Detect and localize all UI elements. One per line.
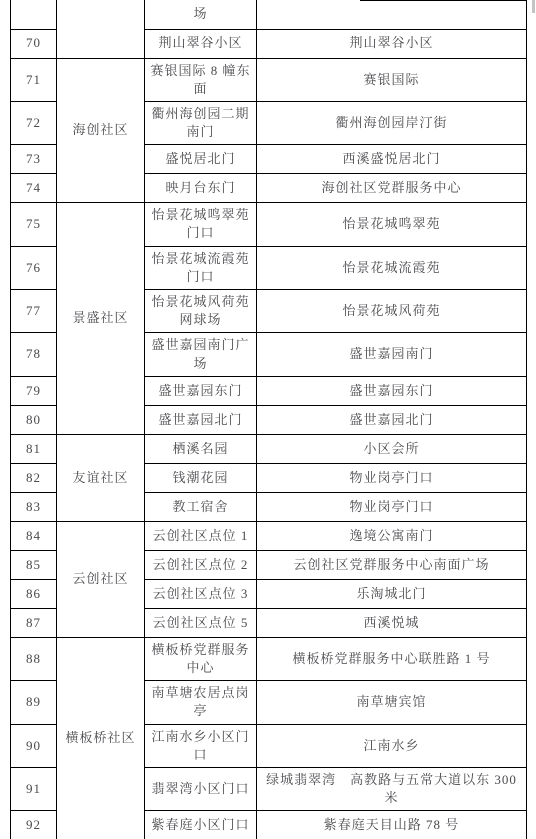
row-number-cell: 87 — [11, 608, 57, 637]
community-cell — [57, 0, 145, 58]
community-cell: 景盛社区 — [57, 203, 145, 435]
location-cell: 江南水乡 — [257, 724, 527, 767]
point-name-cell: 盛世嘉园北门 — [145, 405, 257, 434]
document-page: 场70荆山翠谷小区荆山翠谷小区71海创社区赛银国际 8 幢东面赛银国际72衢州海… — [0, 0, 536, 839]
point-name-cell: 怡景花城鸣翠苑门口 — [145, 203, 257, 246]
community-cell: 友谊社区 — [57, 434, 145, 521]
location-cell: 西溪悦城 — [257, 608, 527, 637]
row-number-cell: 73 — [11, 145, 57, 174]
table-row: 84云创社区云创社区点位 1逸境公寓南门 — [11, 521, 527, 550]
location-cell: 怡景花城流霞苑 — [257, 246, 527, 289]
row-number-cell: 85 — [11, 550, 57, 579]
row-number-cell: 82 — [11, 463, 57, 492]
point-name-cell: 荆山翠谷小区 — [145, 29, 257, 58]
point-name-cell: 映月台东门 — [145, 174, 257, 203]
point-name-cell: 横板桥党群服务中心 — [145, 637, 257, 680]
point-name-cell: 云创社区点位 2 — [145, 550, 257, 579]
row-number-cell: 89 — [11, 681, 57, 724]
location-cell: 紫春庭天目山路 78 号 — [257, 811, 527, 839]
table-row: 81友谊社区栖溪名园小区会所 — [11, 434, 527, 463]
location-cell: 横板桥党群服务中心联胜路 1 号 — [257, 637, 527, 680]
point-name-cell: 云创社区点位 1 — [145, 521, 257, 550]
table-row: 75景盛社区怡景花城鸣翠苑门口怡景花城鸣翠苑 — [11, 203, 527, 246]
location-cell: 怡景花城鸣翠苑 — [257, 203, 527, 246]
location-cell: 赛银国际 — [257, 58, 527, 101]
row-number-cell: 76 — [11, 246, 57, 289]
point-name-cell: 江南水乡小区门口 — [145, 724, 257, 767]
points-table: 场70荆山翠谷小区荆山翠谷小区71海创社区赛银国际 8 幢东面赛银国际72衢州海… — [10, 0, 527, 839]
location-cell: 云创社区党群服务中心南面广场 — [257, 550, 527, 579]
row-number-cell — [11, 0, 57, 29]
community-cell: 云创社区 — [57, 521, 145, 637]
table-row: 场 — [11, 0, 527, 29]
community-cell: 横板桥社区 — [57, 637, 145, 839]
row-number-cell: 83 — [11, 492, 57, 521]
row-number-cell: 88 — [11, 637, 57, 680]
location-cell: 盛世嘉园北门 — [257, 405, 527, 434]
row-number-cell: 72 — [11, 101, 57, 144]
point-name-cell: 衢州海创园二期南门 — [145, 101, 257, 144]
row-number-cell: 74 — [11, 174, 57, 203]
row-number-cell: 71 — [11, 58, 57, 101]
point-name-cell: 怡景花城风荷苑网球场 — [145, 290, 257, 333]
row-number-cell: 70 — [11, 29, 57, 58]
points-table-body: 场70荆山翠谷小区荆山翠谷小区71海创社区赛银国际 8 幢东面赛银国际72衢州海… — [11, 0, 527, 839]
row-number-cell: 90 — [11, 724, 57, 767]
row-number-cell: 92 — [11, 811, 57, 839]
point-name-cell: 盛悦居北门 — [145, 145, 257, 174]
point-name-cell: 钱潮花园 — [145, 463, 257, 492]
point-name-cell: 赛银国际 8 幢东面 — [145, 58, 257, 101]
point-name-cell: 怡景花城流霞苑门口 — [145, 246, 257, 289]
row-number-cell: 79 — [11, 376, 57, 405]
point-name-cell: 云创社区点位 5 — [145, 608, 257, 637]
point-name-cell: 南草塘农居点岗亭 — [145, 681, 257, 724]
row-number-cell: 84 — [11, 521, 57, 550]
row-number-cell: 81 — [11, 434, 57, 463]
row-number-cell: 91 — [11, 767, 57, 810]
location-cell: 乐淘城北门 — [257, 579, 527, 608]
point-name-cell: 盛世嘉园东门 — [145, 376, 257, 405]
location-cell: 衢州海创园岸汀街 — [257, 101, 527, 144]
location-cell: 小区会所 — [257, 434, 527, 463]
location-cell: 荆山翠谷小区 — [257, 29, 527, 58]
point-name-cell: 栖溪名园 — [145, 434, 257, 463]
row-number-cell: 75 — [11, 203, 57, 246]
top-edge-line-artifact — [360, 0, 526, 1]
location-cell: 怡景花城风荷苑 — [257, 290, 527, 333]
location-cell: 海创社区党群服务中心 — [257, 174, 527, 203]
point-name-cell: 场 — [145, 0, 257, 29]
row-number-cell: 86 — [11, 579, 57, 608]
location-cell: 绿城翡翠湾 高教路与五常大道以东 300 米 — [257, 767, 527, 810]
row-number-cell: 80 — [11, 405, 57, 434]
location-cell: 盛世嘉园东门 — [257, 376, 527, 405]
point-name-cell: 翡翠湾小区门口 — [145, 767, 257, 810]
row-number-cell: 77 — [11, 290, 57, 333]
location-cell: 逸境公寓南门 — [257, 521, 527, 550]
row-number-cell: 78 — [11, 333, 57, 376]
point-name-cell: 紫春庭小区门口 — [145, 811, 257, 839]
location-cell: 南草塘宾馆 — [257, 681, 527, 724]
location-cell: 盛世嘉园南门 — [257, 333, 527, 376]
location-cell: 物业岗亭门口 — [257, 463, 527, 492]
page-edge-artifact — [532, 0, 535, 13]
table-row: 88横板桥社区横板桥党群服务中心横板桥党群服务中心联胜路 1 号 — [11, 637, 527, 680]
location-cell — [257, 0, 527, 29]
table-row: 71海创社区赛银国际 8 幢东面赛银国际 — [11, 58, 527, 101]
location-cell: 西溪盛悦居北门 — [257, 145, 527, 174]
point-name-cell: 盛世嘉园南门广场 — [145, 333, 257, 376]
location-cell: 物业岗亭门口 — [257, 492, 527, 521]
community-cell: 海创社区 — [57, 58, 145, 203]
point-name-cell: 云创社区点位 3 — [145, 579, 257, 608]
point-name-cell: 教工宿舍 — [145, 492, 257, 521]
